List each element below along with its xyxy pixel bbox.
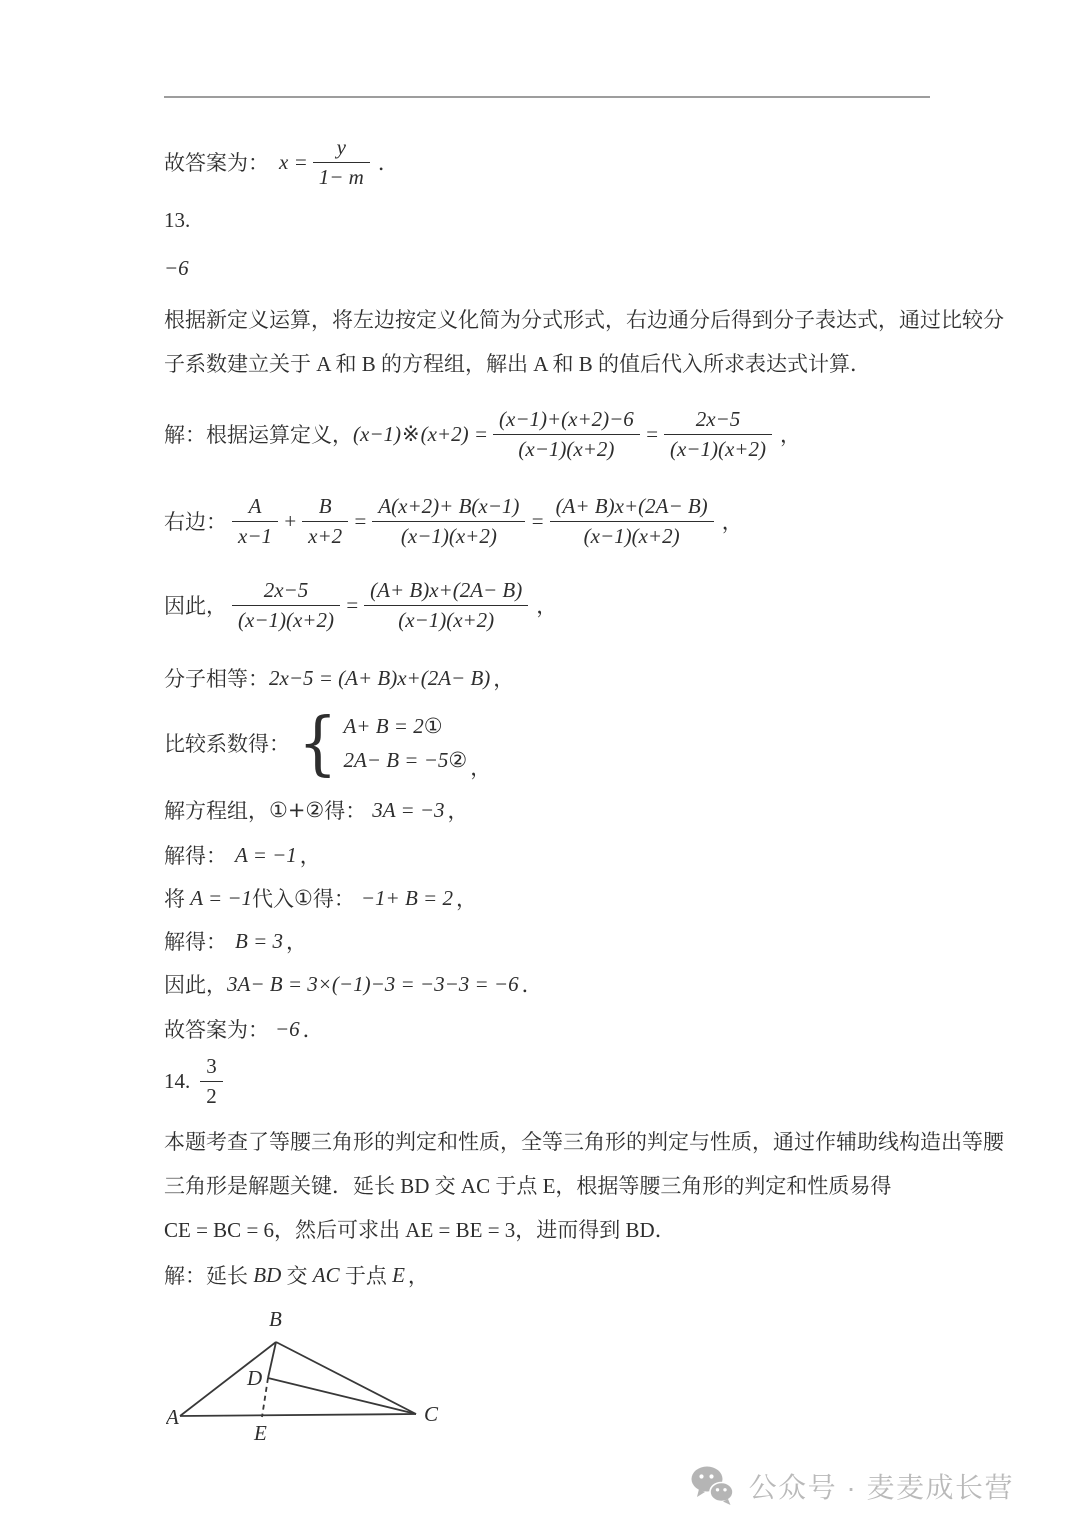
fraction: 2x−5 (x−1)(x+2) [664,406,772,462]
expression: −1+ B = 2 [361,886,453,911]
analysis-line: 子系数建立关于 A 和 B 的方程组，解出 A 和 B 的值后代入所求表达式计算… [164,342,930,386]
expression: (x−1) [353,422,401,447]
step-label: 分子相等： [164,663,269,693]
analysis-line: 本题考查了等腰三角形的判定和性质，全等三角形的判定与性质，通过作辅助线构造出等腰 [164,1120,930,1164]
system-equation-2: 2A− B = −5 ② [343,748,467,773]
segment-bd: BD [253,1263,281,1288]
comma: ， [536,590,557,620]
triangle-svg: A B C D E [166,1302,466,1450]
vertex-label-d: D [246,1366,262,1390]
step-result-a: 解得： A = −1 ， [164,840,930,870]
answer-line-13: 故答案为： −6 ． [164,1014,930,1044]
step-extend-line: 解：延长 BD 交 AC 于点 E ， [164,1260,930,1290]
analysis-paragraph-13: 根据新定义运算，将左边按定义化简为分式形式，右边通分后得到分子表达式，通过比较分… [164,298,930,386]
step-label: 代入 [252,883,294,913]
answer-fraction: 3 2 [200,1053,223,1109]
step-numerators-equal: 分子相等： 2x−5 = (A+ B)x+(2A− B) ， [164,662,930,694]
step-label: 解得： [164,926,227,956]
step-final-computation: 因此， 3A− B = 3×(−1)−3 = −3−3 = −6 ． [164,968,930,1000]
answer-prefix: 故答案为： [164,1014,269,1044]
wechat-icon [690,1465,736,1507]
step-substitute: 将 A = −1 代入 ① 得： −1+ B = 2 ， [164,882,930,914]
answer-value: −6 [275,1017,300,1042]
equation-system: { A+ B = 2 ① 2A− B = −5 ② [298,712,467,774]
answer-13: −6 [164,256,930,286]
segment-ac: AC [313,1263,340,1288]
step-label: 因此， [164,590,227,620]
step-define: 解：根据运算定义， (x−1) ※ (x+2) = (x−1)+(x+2)−6 … [164,402,930,466]
expression: A = −1 [190,886,252,911]
line-dc [268,1378,416,1414]
expression: 3A− B = 3×(−1)−3 = −3−3 = −6 [227,972,519,997]
step-label: 解：延长 [164,1260,253,1290]
step-label: 得： [313,883,355,913]
period: ． [522,969,543,999]
triangle-figure: A B C D E [166,1302,930,1456]
document-content: 故答案为： x = y 1− m ． 13. −6 根据新定义运算，将左边按定义… [164,0,930,1456]
step-label: 得： [324,795,366,825]
step-label: 解方程组， [164,795,269,825]
equation-lhs: x = [279,150,308,175]
custom-operator: ※ [401,422,421,446]
step-label: 右边： [164,506,227,536]
answer-prefix: 故答案为： [164,147,269,177]
expression: 3A = −3 [372,798,444,823]
step-compare-coefficients: 比较系数得： { A+ B = 2 ① 2A− B = −5 ② ， [164,704,930,782]
comma: ， [408,1260,429,1290]
period: ． [378,147,399,177]
step-label: 因此， [164,969,227,999]
comma: ， [300,840,321,870]
footer-watermark: 公众号 · 麦麦成长营 [690,1465,1014,1507]
fraction: y 1− m [313,134,370,190]
fraction: (x−1)+(x+2)−6 (x−1)(x+2) [493,406,640,462]
step-result-b: 解得： B = 3 ， [164,926,930,956]
vertex-label-e: E [253,1421,267,1445]
analysis-line: 根据新定义运算，将左边按定义化简为分式形式，右边通分后得到分子表达式，通过比较分 [164,298,930,342]
equals-sign: = [353,509,367,534]
expression: (x+2) = [421,422,488,447]
step-label: 交 [281,1260,313,1290]
line-bc [276,1342,416,1414]
period: ． [303,1014,324,1044]
step-label: 于点 [340,1260,393,1290]
footer-label: 公众号 · 麦麦成长营 [749,1466,1014,1506]
step-label: 将 [164,883,190,913]
fraction: 2x−5 (x−1)(x+2) [232,577,340,633]
analysis-line: CE = BC = 6，然后可求出 AE = BE = 3，进而得到 BD． [164,1208,930,1252]
worksheet-page: 故答案为： x = y 1− m ． 13. −6 根据新定义运算，将左边按定义… [0,0,1080,1527]
circled-one: ① [424,714,443,738]
comma: ， [722,506,743,536]
problem-number-14: 14. 3 2 [164,1050,930,1112]
answer-line-12: 故答案为： x = y 1− m ． [164,132,930,192]
comma: ， [286,926,307,956]
analysis-line: 三角形是解题关键．延长 BD 交 AC 于点 E，根据等腰三角形的判定和性质易得 [164,1164,930,1208]
top-divider [164,96,930,98]
equals-sign: = [345,593,359,618]
fraction: (A+ B)x+(2A− B) (x−1)(x+2) [550,493,714,549]
step-label: 解得： [164,840,227,870]
system-equation-1: A+ B = 2 ① [343,714,467,739]
step-right-side: 右边： A x−1 + B x+2 = A(x+2)+ B(x−1) (x−1)… [164,488,930,554]
expression: B = 3 [235,929,283,954]
step-therefore: 因此， 2x−5 (x−1)(x+2) = (A+ B)x+(2A− B) (x… [164,572,930,638]
comma: ， [448,795,469,825]
fraction: B x+2 [302,493,348,549]
equals-sign: = [645,422,659,447]
problem-number: 14. [164,1069,190,1094]
circled-tags: ①+② [269,798,324,822]
fraction: A(x+2)+ B(x−1) (x−1)(x+2) [372,493,525,549]
step-label: 比较系数得： [164,728,290,758]
line-ac [180,1414,416,1416]
analysis-paragraph-14: 本题考查了等腰三角形的判定和性质，全等三角形的判定与性质，通过作辅助线构造出等腰… [164,1120,930,1252]
line-de-dashed [262,1378,268,1417]
expression: A = −1 [235,843,297,868]
comma: ， [456,883,477,913]
comma: ， [780,419,801,449]
equals-sign: = [530,509,544,534]
point-e: E [392,1263,405,1288]
comma: ， [470,752,491,782]
vertex-label-c: C [424,1402,439,1426]
vertex-label-b: B [269,1307,282,1331]
expression: 2x−5 = (A+ B)x+(2A− B) [269,666,490,691]
circled-one: ① [294,886,313,910]
vertex-label-a: A [166,1405,179,1429]
left-brace: { [298,708,337,777]
plus-sign: + [283,509,297,534]
comma: ， [493,663,514,693]
problem-number-13: 13. [164,208,930,238]
fraction: A x−1 [232,493,278,549]
fraction: (A+ B)x+(2A− B) (x−1)(x+2) [364,577,528,633]
step-solve-system: 解方程组， ①+② 得： 3A = −3 ， [164,794,930,826]
step-label: 解：根据运算定义， [164,419,353,449]
circled-two: ② [448,748,467,772]
